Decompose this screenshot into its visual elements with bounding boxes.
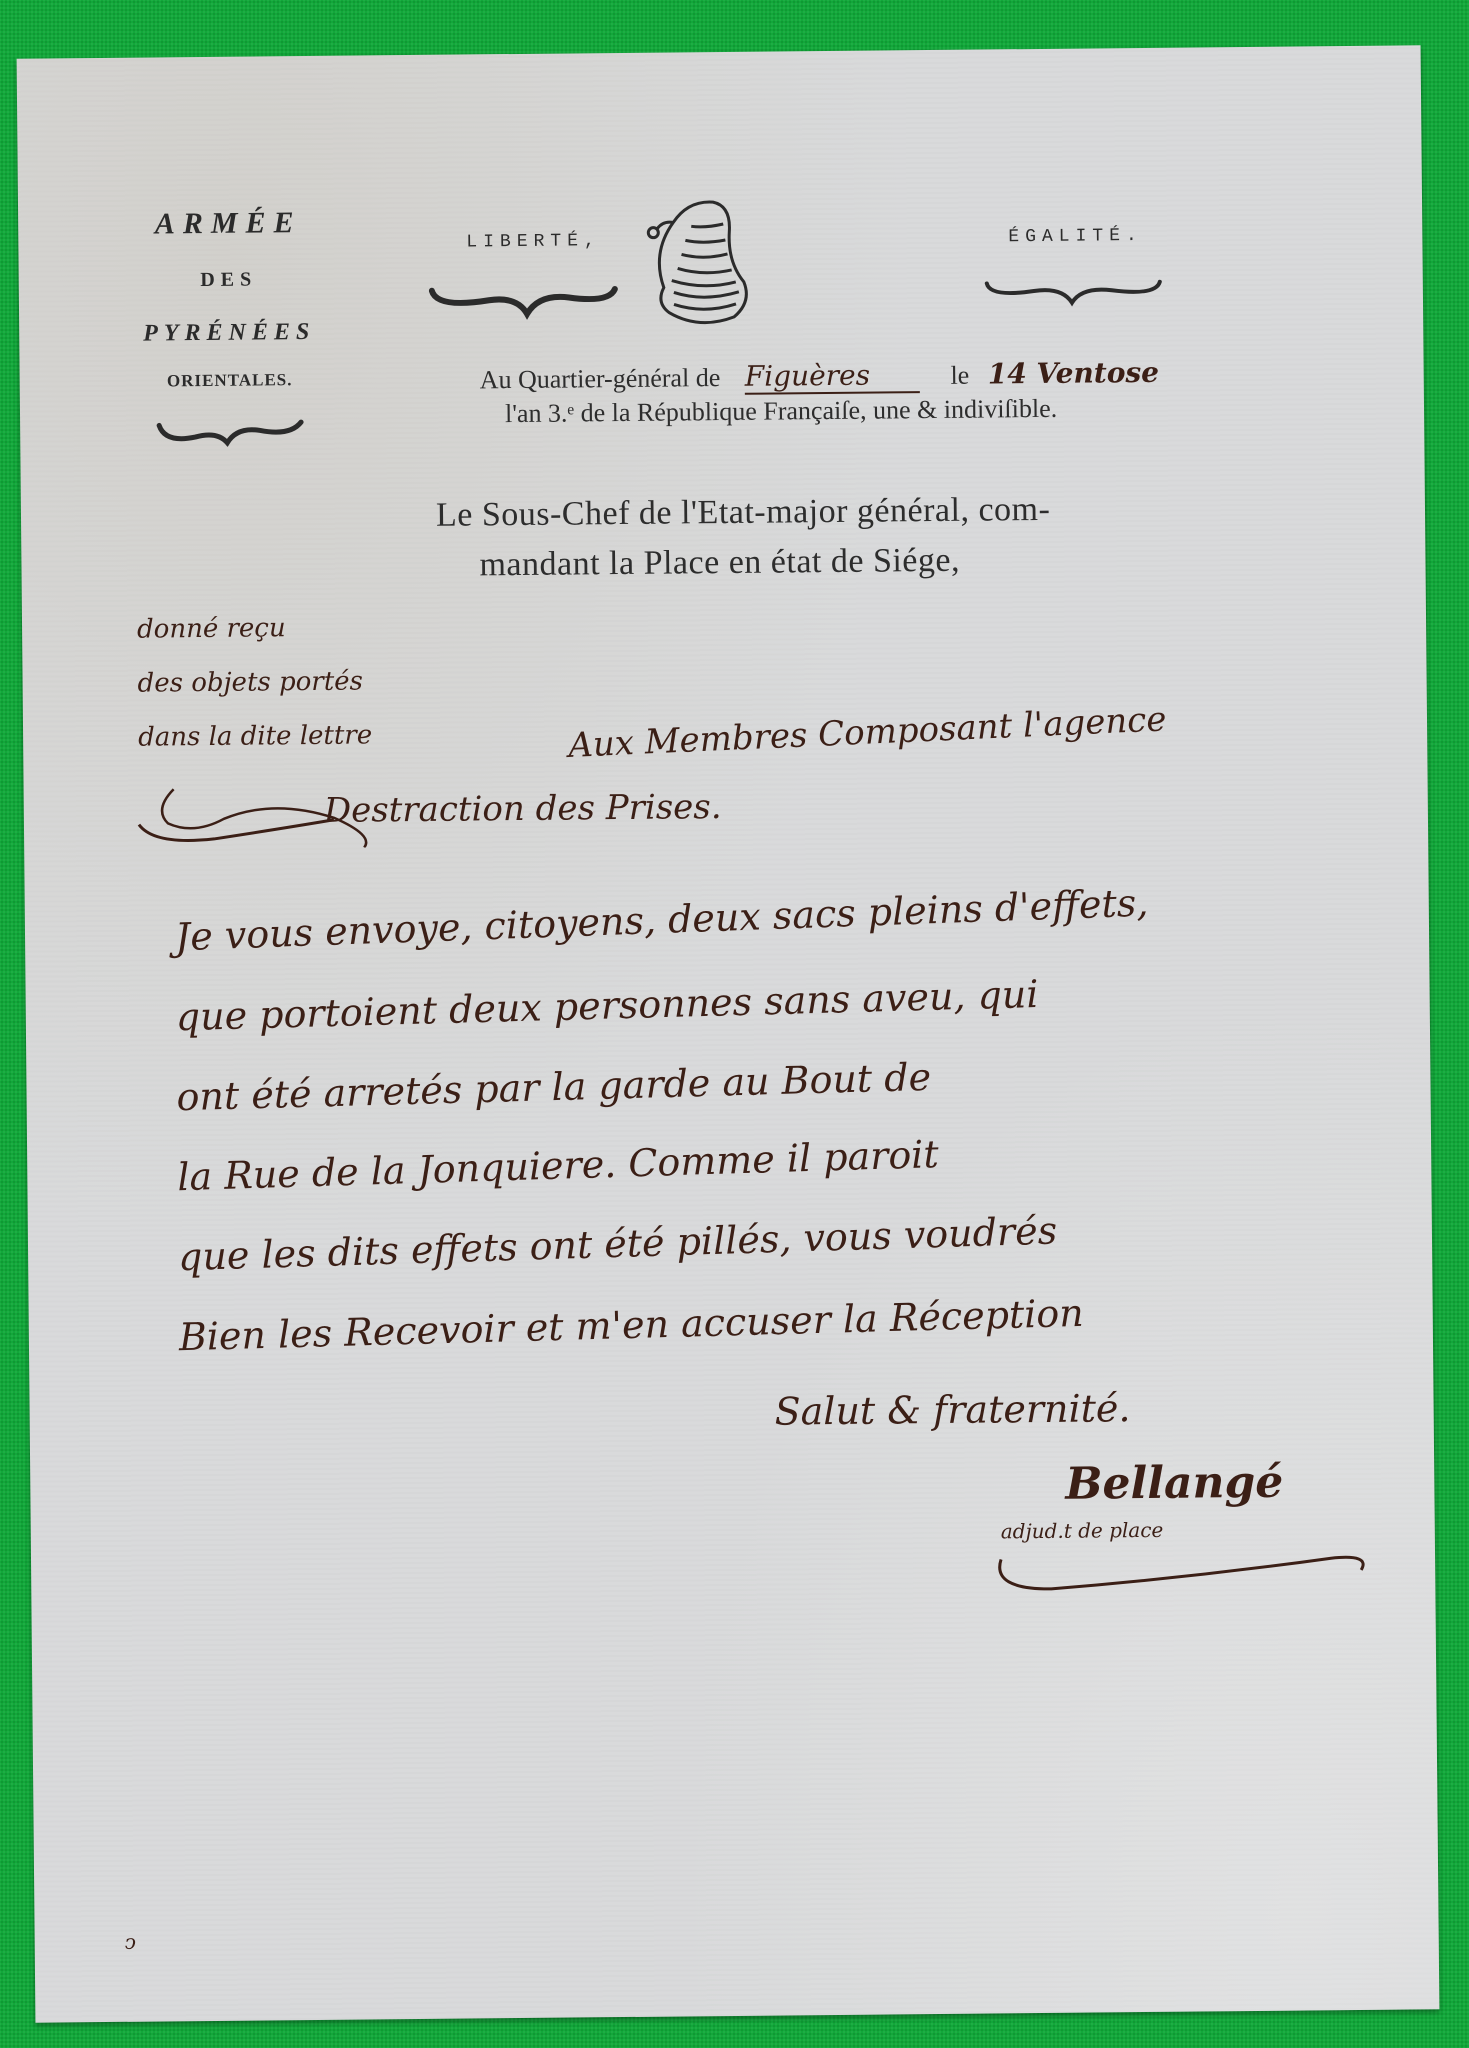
army-block: ARMÉE DES PYRÉNÉES ORIENTALES. [98,206,360,448]
margin-note-line-1: donné reçu [137,600,372,656]
title-line-1: Le Sous-Chef de l'Etat-major général, co… [436,491,1051,535]
motto-right-flourish-ornament [984,278,1164,310]
letter-body: Je vous envoye, citoyens, deux sacs plei… [175,885,1410,1377]
motto-left-flourish-ornament [429,285,619,321]
army-line-1: ARMÉE [98,206,358,242]
addressee-line-2: Destraction des Prises. [324,787,722,831]
margin-note-line-3: dans la dite lettre [138,708,373,764]
title-line-2: mandant la Place en état de Siége, [479,542,960,585]
motto-egalite: ÉGALITÉ. [1008,226,1143,247]
army-flourish-ornament [155,416,305,447]
headquarters-prefix: Au Quartier-général de [480,363,721,394]
date-value: 14 Ventose [988,356,1160,391]
phrygian-cap-icon [643,192,754,333]
margin-note: donné reçu des objets portés dans la dit… [137,600,373,764]
stray-ink-mark: ↄ [125,1930,136,1954]
addressee-line-1: Aux Membres Composant l'agence [568,699,1168,766]
army-line-3: PYRÉNÉES [99,319,359,348]
signature-paraph-ornament [991,1536,1382,1615]
army-line-4: ORIENTALES. [100,370,360,392]
closing-salutation: Salut & fraternité. [774,1386,1130,1433]
motto-liberte: LIBERTÉ, [466,231,601,252]
army-line-2: DES [99,268,359,293]
document-paper: ARMÉE DES PYRÉNÉES ORIENTALES. LIBERTÉ, [17,45,1440,2022]
headquarters-place: Figuères [745,358,921,395]
margin-note-line-2: des objets portés [137,654,372,710]
headquarters-line: Au Quartier-général de Figuères le 14 Ve… [480,356,1160,396]
year-line: l'an 3.ᵉ de la République Françaiſe, une… [505,394,1057,429]
date-prefix: le [950,361,969,390]
signature: Bellangé [1065,1457,1283,1510]
